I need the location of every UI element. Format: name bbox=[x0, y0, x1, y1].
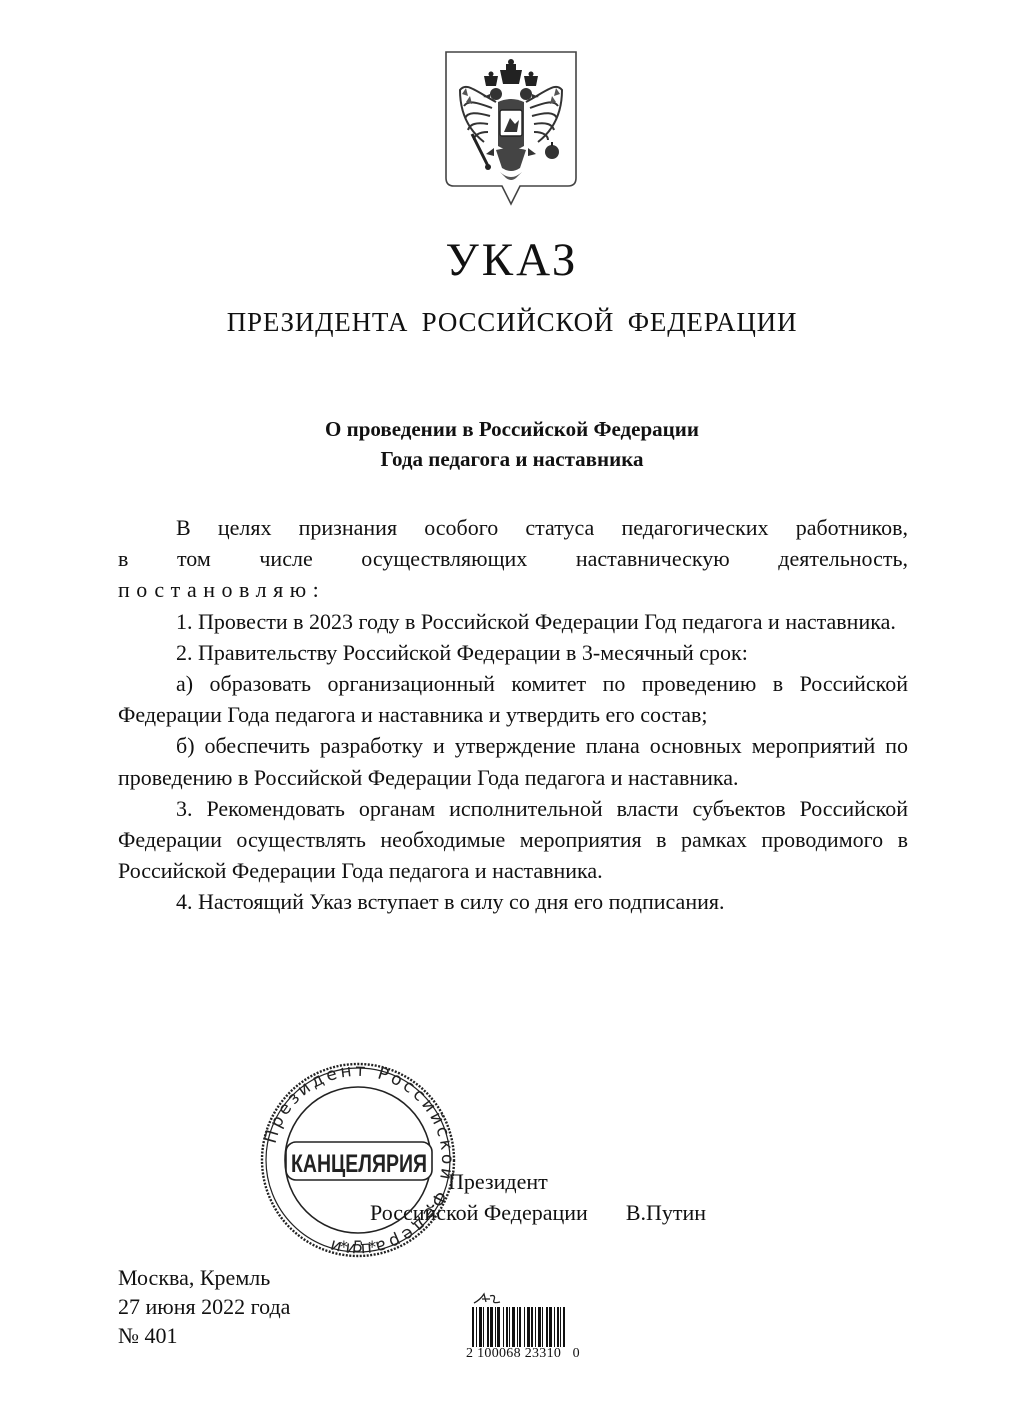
heading-line-2: Года педагога и наставника bbox=[0, 444, 1024, 474]
item-3: 3. Рекомендовать органам исполнительной … bbox=[118, 793, 908, 887]
barcode-icon bbox=[472, 1307, 565, 1347]
item-2b: б) обеспечить разработку и утверждение п… bbox=[118, 730, 908, 792]
decree-heading: О проведении в Российской Федерации Года… bbox=[0, 414, 1024, 474]
location: Москва, Кремль bbox=[118, 1263, 290, 1292]
document-subtitle: ПРЕЗИДЕНТА РОССИЙСКОЙ ФЕДЕРАЦИИ bbox=[0, 305, 1024, 339]
preamble-line-2: в том числе осуществляющих наставническу… bbox=[118, 543, 908, 574]
decree-word: постановляю: bbox=[118, 574, 908, 605]
item-1: 1. Провести в 2023 году в Российской Фед… bbox=[118, 606, 908, 637]
preamble-line-1: В целях признания особого статуса педаго… bbox=[118, 512, 908, 543]
barcode-block: 2 100068 23310 0 bbox=[466, 1290, 636, 1370]
initials-mark-icon bbox=[472, 1290, 502, 1306]
item-4: 4. Настоящий Указ вступает в силу со дня… bbox=[118, 886, 908, 917]
item-2a: а) образовать организационный комитет по… bbox=[118, 668, 908, 730]
item-2: 2. Правительству Российской Федерации в … bbox=[118, 637, 908, 668]
place-date-number: Москва, Кремль 27 июня 2022 года № 401 bbox=[118, 1263, 290, 1350]
document-title: УКАЗ bbox=[0, 232, 1024, 288]
decree-number: № 401 bbox=[118, 1321, 290, 1350]
decree-page: УКАЗ ПРЕЗИДЕНТА РОССИЙСКОЙ ФЕДЕРАЦИИ О п… bbox=[0, 0, 1024, 1402]
stamp-bottom-text: * 5 * bbox=[340, 1237, 376, 1256]
decree-body: В целях признания особого статуса педаго… bbox=[118, 512, 908, 918]
official-stamp-icon: Президент Российской Федерации * 5 * КАН… bbox=[258, 1062, 458, 1258]
signatory-name: В.Путин bbox=[626, 1197, 706, 1228]
decree-date: 27 июня 2022 года bbox=[118, 1292, 290, 1321]
heading-line-1: О проведении в Российской Федерации bbox=[0, 414, 1024, 444]
stamp-center-text: КАНЦЕЛЯРИЯ bbox=[291, 1150, 427, 1178]
barcode-digits: 2 100068 23310 0 bbox=[466, 1346, 580, 1362]
coat-of-arms-icon bbox=[444, 50, 578, 208]
